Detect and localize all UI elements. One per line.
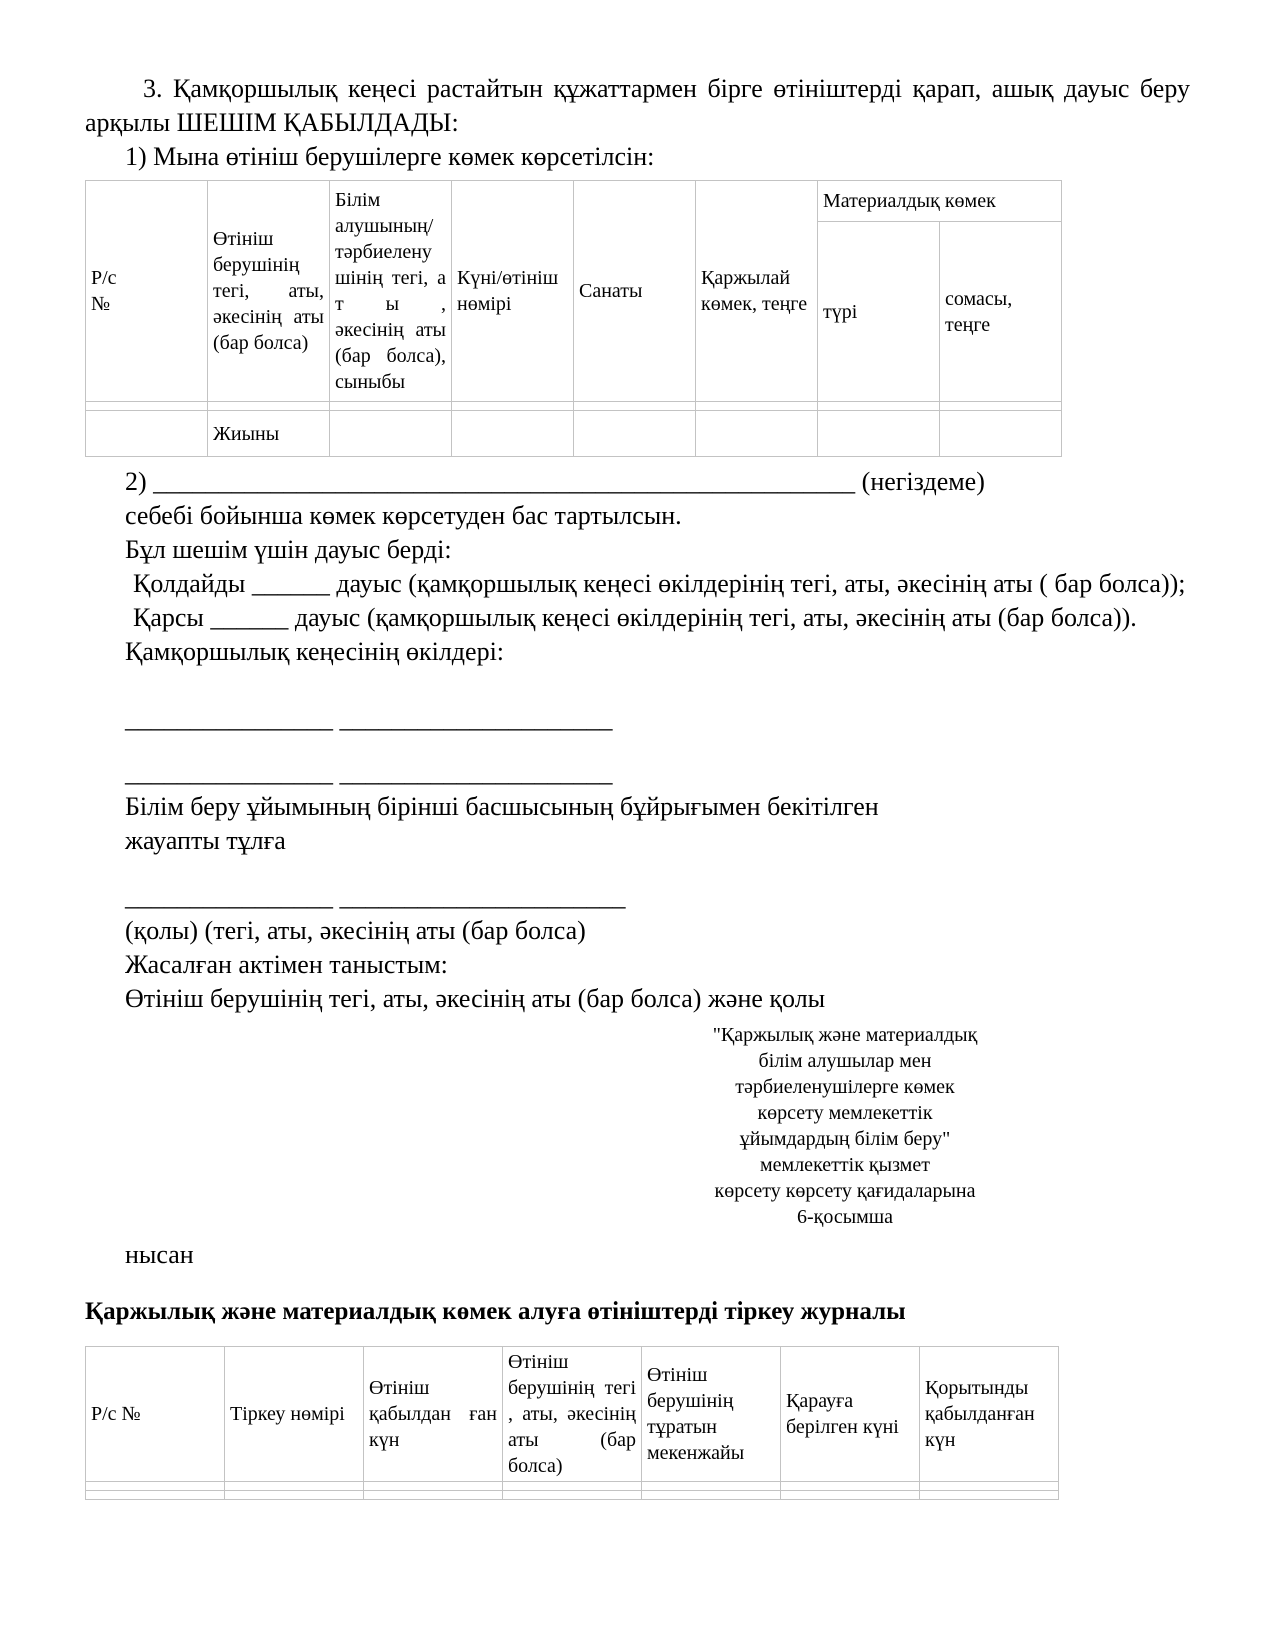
applicant-signature-line: Өтініш берушінің тегі, аты, әкесінің аты… xyxy=(85,982,1190,1016)
t2-header-reg-number: Тіркеу нөмірі xyxy=(225,1347,364,1482)
spacer xyxy=(85,669,1190,702)
approved-by-line: Білім беру ұйымының бірінші басшысының б… xyxy=(85,790,1190,824)
empty-cell xyxy=(940,402,1062,411)
annex-line: мемлекеттік қызмет xyxy=(645,1152,1045,1178)
empty-cell xyxy=(364,1491,503,1500)
annex-line: "Қаржылық және материалдық xyxy=(645,1022,1045,1048)
empty-cell xyxy=(225,1491,364,1500)
form-label: нысан xyxy=(85,1238,1190,1272)
empty-cell xyxy=(86,1491,225,1500)
empty-cell xyxy=(642,1491,781,1500)
empty-cell xyxy=(818,411,940,457)
t2-header-review-date: Қарауға берілген күні xyxy=(781,1347,920,1482)
empty-cell xyxy=(574,411,696,457)
list-item-2-blank-line: 2) _____________________________________… xyxy=(85,465,1190,499)
empty-cell xyxy=(781,1482,920,1491)
annex-number-line: 6-қосымша xyxy=(645,1204,1045,1230)
empty-cell xyxy=(696,411,818,457)
empty-cell xyxy=(642,1482,781,1491)
table-empty-row xyxy=(86,402,1062,411)
empty-cell xyxy=(330,402,452,411)
t1-header-student-name: Білім алушының/ тәрбиелену шінің тегі, а… xyxy=(330,181,452,402)
annex-line: білім алушылар мен xyxy=(645,1048,1045,1074)
aid-recipients-table: Р/с № Өтініш берушінің тегі, аты, әкесін… xyxy=(85,180,1062,457)
t1-total-label: Жиыны xyxy=(208,411,330,457)
annex-line: тәрбиеленушілерге көмек xyxy=(645,1074,1045,1100)
t1-header-applicant-name: Өтініш берушінің тегі, аты, әкесінің аты… xyxy=(208,181,330,402)
t1-header-date-number: Күні/өтініш нөмірі xyxy=(452,181,574,402)
empty-cell xyxy=(208,402,330,411)
journal-title: Қаржылық және материалдық көмек алуға өт… xyxy=(85,1294,1190,1330)
signature-blank-line: ________________ _____________________ xyxy=(85,756,1190,790)
table-empty-row xyxy=(86,1491,1059,1500)
t1-header-aid-type: түрі xyxy=(818,222,940,402)
empty-cell xyxy=(452,402,574,411)
empty-cell xyxy=(86,1482,225,1491)
council-reps-line: Қамқоршылық кеңесінің өкілдері: xyxy=(85,635,1190,669)
empty-cell xyxy=(364,1482,503,1491)
decision-paragraph: 3. Қамқоршылық кеңесі растайтын құжаттар… xyxy=(85,72,1190,140)
spacer xyxy=(85,858,1190,880)
refusal-line: себебі бойынша көмек көрсетуден бас тарт… xyxy=(85,499,1190,533)
annex-line: ұйымдардың білім беру" xyxy=(645,1126,1045,1152)
t1-header-number: Р/с № xyxy=(86,181,208,402)
responsible-person-line: жауапты тұлға xyxy=(85,824,1190,858)
empty-cell xyxy=(574,402,696,411)
signature-caption-line: (қолы) (тегі, аты, әкесінің аты (бар бол… xyxy=(85,914,1190,948)
table-row: Р/с № Өтініш берушінің тегі, аты, әкесін… xyxy=(86,181,1062,222)
empty-cell xyxy=(330,411,452,457)
empty-cell xyxy=(503,1491,642,1500)
empty-cell xyxy=(940,411,1062,457)
t2-header-conclusion-date: Қорытынды қабылданған күн xyxy=(920,1347,1059,1482)
empty-cell xyxy=(920,1491,1059,1500)
table-total-row: Жиыны xyxy=(86,411,1062,457)
t2-header-number: Р/с № xyxy=(86,1347,225,1482)
signature-blank-line: ________________ ______________________ xyxy=(85,880,1190,914)
annex-reference-block: "Қаржылық және материалдық білім алушыла… xyxy=(645,1022,1045,1230)
empty-cell xyxy=(86,411,208,457)
t1-header-aid-sum: сомасы, теңге xyxy=(940,222,1062,402)
t2-header-applicant-name: Өтініш берушінің тегі , аты, әкесінің ат… xyxy=(503,1347,642,1482)
empty-cell xyxy=(781,1491,920,1500)
t1-header-category: Санаты xyxy=(574,181,696,402)
empty-cell xyxy=(696,402,818,411)
empty-cell xyxy=(86,402,208,411)
t2-header-applicant-address: Өтініш берушінің тұратын мекенжайы xyxy=(642,1347,781,1482)
table-row: Р/с № Тіркеу нөмірі Өтініш қабылдан ған … xyxy=(86,1347,1059,1482)
spacer xyxy=(85,736,1190,756)
document-page: 3. Қамқоршылық кеңесі растайтын құжаттар… xyxy=(0,0,1275,1650)
vote-intro-line: Бұл шешім үшін дауыс берді: xyxy=(85,533,1190,567)
list-item-1: 1) Мына өтініш берушілерге көмек көрсеті… xyxy=(85,140,1190,174)
annex-line: көрсету көрсету қағидаларына xyxy=(645,1178,1045,1204)
signature-blank-line: ________________ _____________________ xyxy=(85,702,1190,736)
empty-cell xyxy=(225,1482,364,1491)
registration-journal-table: Р/с № Тіркеу нөмірі Өтініш қабылдан ған … xyxy=(85,1346,1059,1500)
vote-against-line: Қарсы ______ дауыс (қамқоршылық кеңесі ө… xyxy=(85,601,1190,635)
t2-header-accepted-date: Өтініш қабылдан ған күн xyxy=(364,1347,503,1482)
t1-header-material-aid-group: Материалдық көмек xyxy=(818,181,1062,222)
vote-for-line: Қолдайды ______ дауыс (қамқоршылық кеңес… xyxy=(85,567,1190,601)
acquainted-line: Жасалған актімен таныстым: xyxy=(85,948,1190,982)
table-empty-row xyxy=(86,1482,1059,1491)
empty-cell xyxy=(920,1482,1059,1491)
t1-header-financial-aid: Қаржылай көмек, теңге xyxy=(696,181,818,402)
annex-line: көрсету мемлекеттік xyxy=(645,1100,1045,1126)
empty-cell xyxy=(818,402,940,411)
empty-cell xyxy=(503,1482,642,1491)
empty-cell xyxy=(452,411,574,457)
